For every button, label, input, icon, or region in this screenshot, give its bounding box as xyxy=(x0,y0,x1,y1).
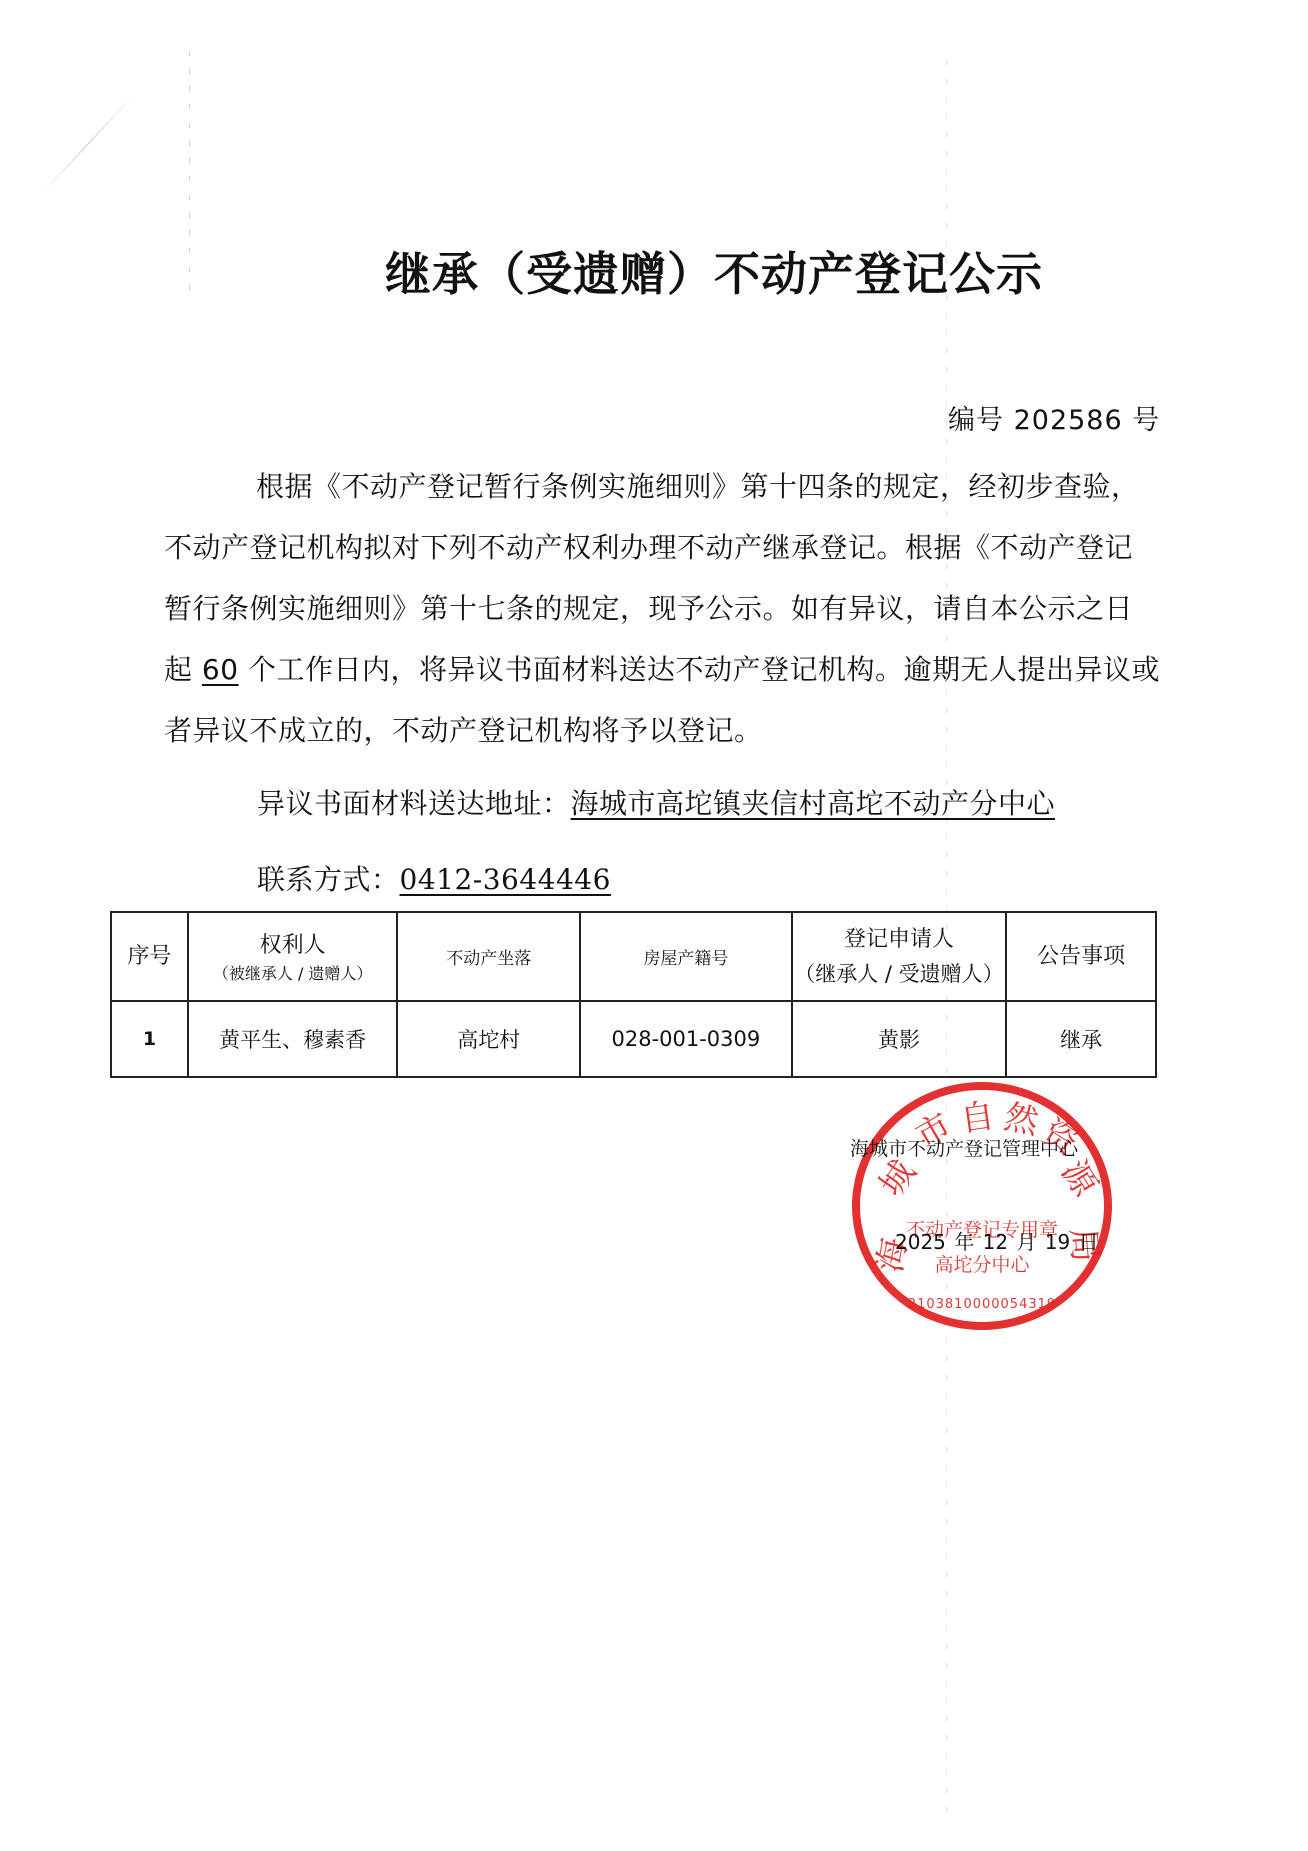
table-row: 1 黄平生、穆素香 高坨村 028-001-0309 黄影 继承 xyxy=(111,1001,1156,1077)
paragraph-line-1: 根据《不动产登记暂行条例实施细则》第十四条的规定，经初步查验， xyxy=(164,456,1219,517)
notice-paragraph: 根据《不动产登记暂行条例实施细则》第十四条的规定，经初步查验， 不动产登记机构拟… xyxy=(164,456,1219,761)
paragraph-line-4: 起 60 个工作日内，将异议书面材料送达不动产登记机构。逾期无人提出异议或 xyxy=(164,639,1219,700)
header-location: 不动产坐落 xyxy=(397,912,580,1001)
official-seal-stamp: 海 城 市 自 然 资 源 局 不动产登记专用章 高坨分中心 210381000… xyxy=(852,1082,1112,1330)
issue-date: 2025 年 12 月 19 日 xyxy=(895,1226,1099,1255)
cell-house-id: 028-001-0309 xyxy=(580,1001,792,1077)
contact-phone: 0412-3644446 xyxy=(400,863,611,896)
contact-label: 联系方式： xyxy=(257,863,400,896)
registration-table: 序号 权利人 （被继承人 / 遗赠人） 不动产坐落 房屋产籍号 登记申请人 （继… xyxy=(110,911,1157,1078)
issuer-name: 海城市不动产登记管理中心 xyxy=(850,1134,1078,1161)
address-value: 海城市高坨镇夹信村高坨不动产分中心 xyxy=(571,787,1056,820)
header-holder: 权利人 （被继承人 / 遗赠人） xyxy=(188,912,398,1001)
seal-code: 2103810000054319 xyxy=(860,1297,1104,1312)
table-header-row: 序号 权利人 （被继承人 / 遗赠人） 不动产坐落 房屋产籍号 登记申请人 （继… xyxy=(111,912,1156,1001)
scan-artifact-diagonal xyxy=(40,93,136,196)
header-house-id: 房屋产籍号 xyxy=(580,912,792,1001)
paragraph-line-3: 暂行条例实施细则》第十七条的规定，现予公示。如有异议，请自本公示之日 xyxy=(164,578,1219,639)
objection-days: 60 xyxy=(202,653,239,686)
line4-prefix: 起 xyxy=(164,653,193,686)
paragraph-line-2: 不动产登记机构拟对下列不动产权利办理不动产继承登记。根据《不动产登记 xyxy=(164,517,1219,578)
document-number: 编号 202586 号 xyxy=(948,398,1160,437)
cell-matter: 继承 xyxy=(1006,1001,1156,1077)
paragraph-line-5: 者异议不成立的，不动产登记机构将予以登记。 xyxy=(164,700,1219,761)
objection-address: 异议书面材料送达地址：海城市高坨镇夹信村高坨不动产分中心 xyxy=(257,782,1055,822)
header-applicant: 登记申请人 （继承人 / 受遗赠人） xyxy=(792,912,1007,1001)
contact-info: 联系方式：0412-3644446 xyxy=(257,858,611,898)
header-seq: 序号 xyxy=(111,912,188,1001)
header-matter: 公告事项 xyxy=(1006,912,1156,1001)
cell-location: 高坨村 xyxy=(397,1001,580,1077)
document-title: 继承（受遗赠）不动产登记公示 xyxy=(0,238,1308,304)
cell-applicant: 黄影 xyxy=(792,1001,1007,1077)
cell-seq: 1 xyxy=(111,1001,188,1077)
address-label: 异议书面材料送达地址： xyxy=(257,787,571,820)
document-page: 继承（受遗赠）不动产登记公示 编号 202586 号 根据《不动产登记暂行条例实… xyxy=(0,0,1308,1851)
line4-rest: 个工作日内，将异议书面材料送达不动产登记机构。逾期无人提出异议或 xyxy=(248,653,1160,686)
cell-holder: 黄平生、穆素香 xyxy=(188,1001,398,1077)
